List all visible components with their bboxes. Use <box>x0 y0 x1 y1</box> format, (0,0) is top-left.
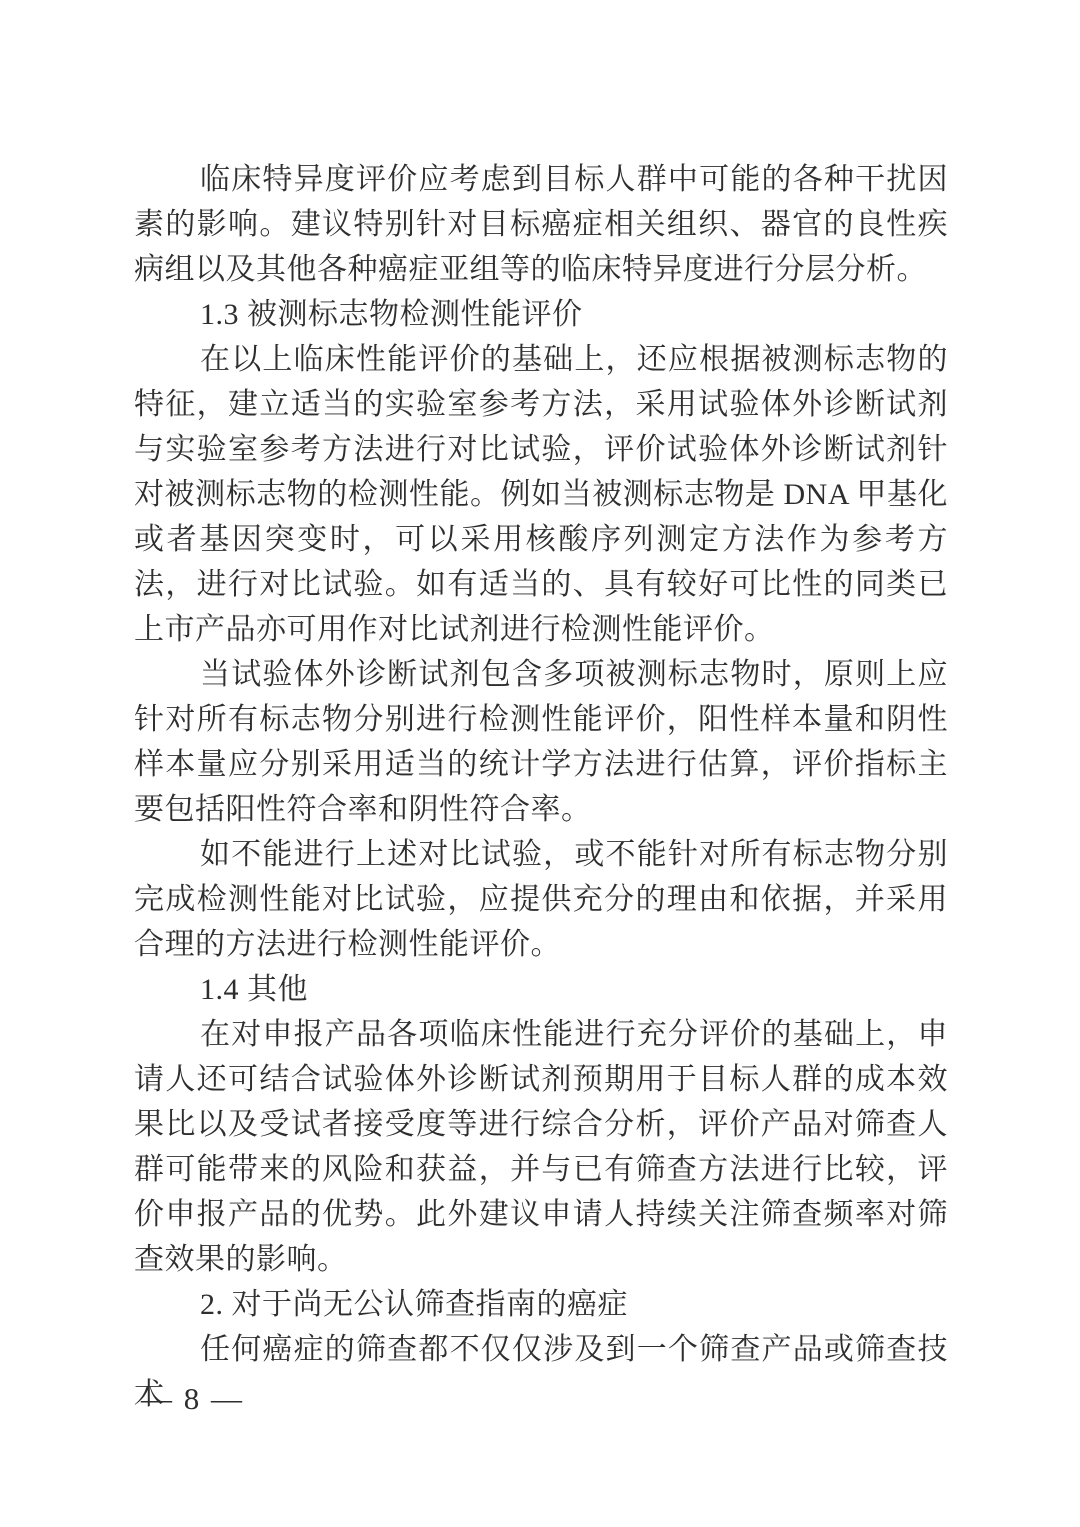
heading-1-3-marker-detection: 1.3 被测标志物检测性能评价 <box>134 292 948 337</box>
paragraph-comprehensive-evaluation: 在对申报产品各项临床性能进行充分评价的基础上，申请人还可结合试验体外诊断试剂预期… <box>134 1012 948 1282</box>
heading-2-no-guideline-cancers: 2. 对于尚无公认筛查指南的癌症 <box>134 1282 948 1327</box>
heading-1-4-other: 1.4 其他 <box>134 967 948 1012</box>
paragraph-clinical-specificity: 临床特异度评价应考虑到目标人群中可能的各种干扰因素的影响。建议特别针对目标癌症相… <box>134 157 948 292</box>
paragraph-no-comparison-rationale: 如不能进行上述对比试验，或不能针对所有标志物分别完成检测性能对比试验，应提供充分… <box>134 832 948 967</box>
paragraph-multiple-markers: 当试验体外诊断试剂包含多项被测标志物时，原则上应针对所有标志物分别进行检测性能评… <box>134 652 948 832</box>
paragraph-screening-intro: 任何癌症的筛查都不仅仅涉及到一个筛查产品或筛查技术 <box>134 1327 948 1417</box>
document-page: 临床特异度评价应考虑到目标人群中可能的各种干扰因素的影响。建议特别针对目标癌症相… <box>0 0 1080 1527</box>
document-body: 临床特异度评价应考虑到目标人群中可能的各种干扰因素的影响。建议特别针对目标癌症相… <box>134 157 948 1417</box>
page-number: — 8 — <box>141 1381 244 1417</box>
paragraph-marker-detection-method: 在以上临床性能评价的基础上，还应根据被测标志物的特征，建立适当的实验室参考方法，… <box>134 337 948 652</box>
